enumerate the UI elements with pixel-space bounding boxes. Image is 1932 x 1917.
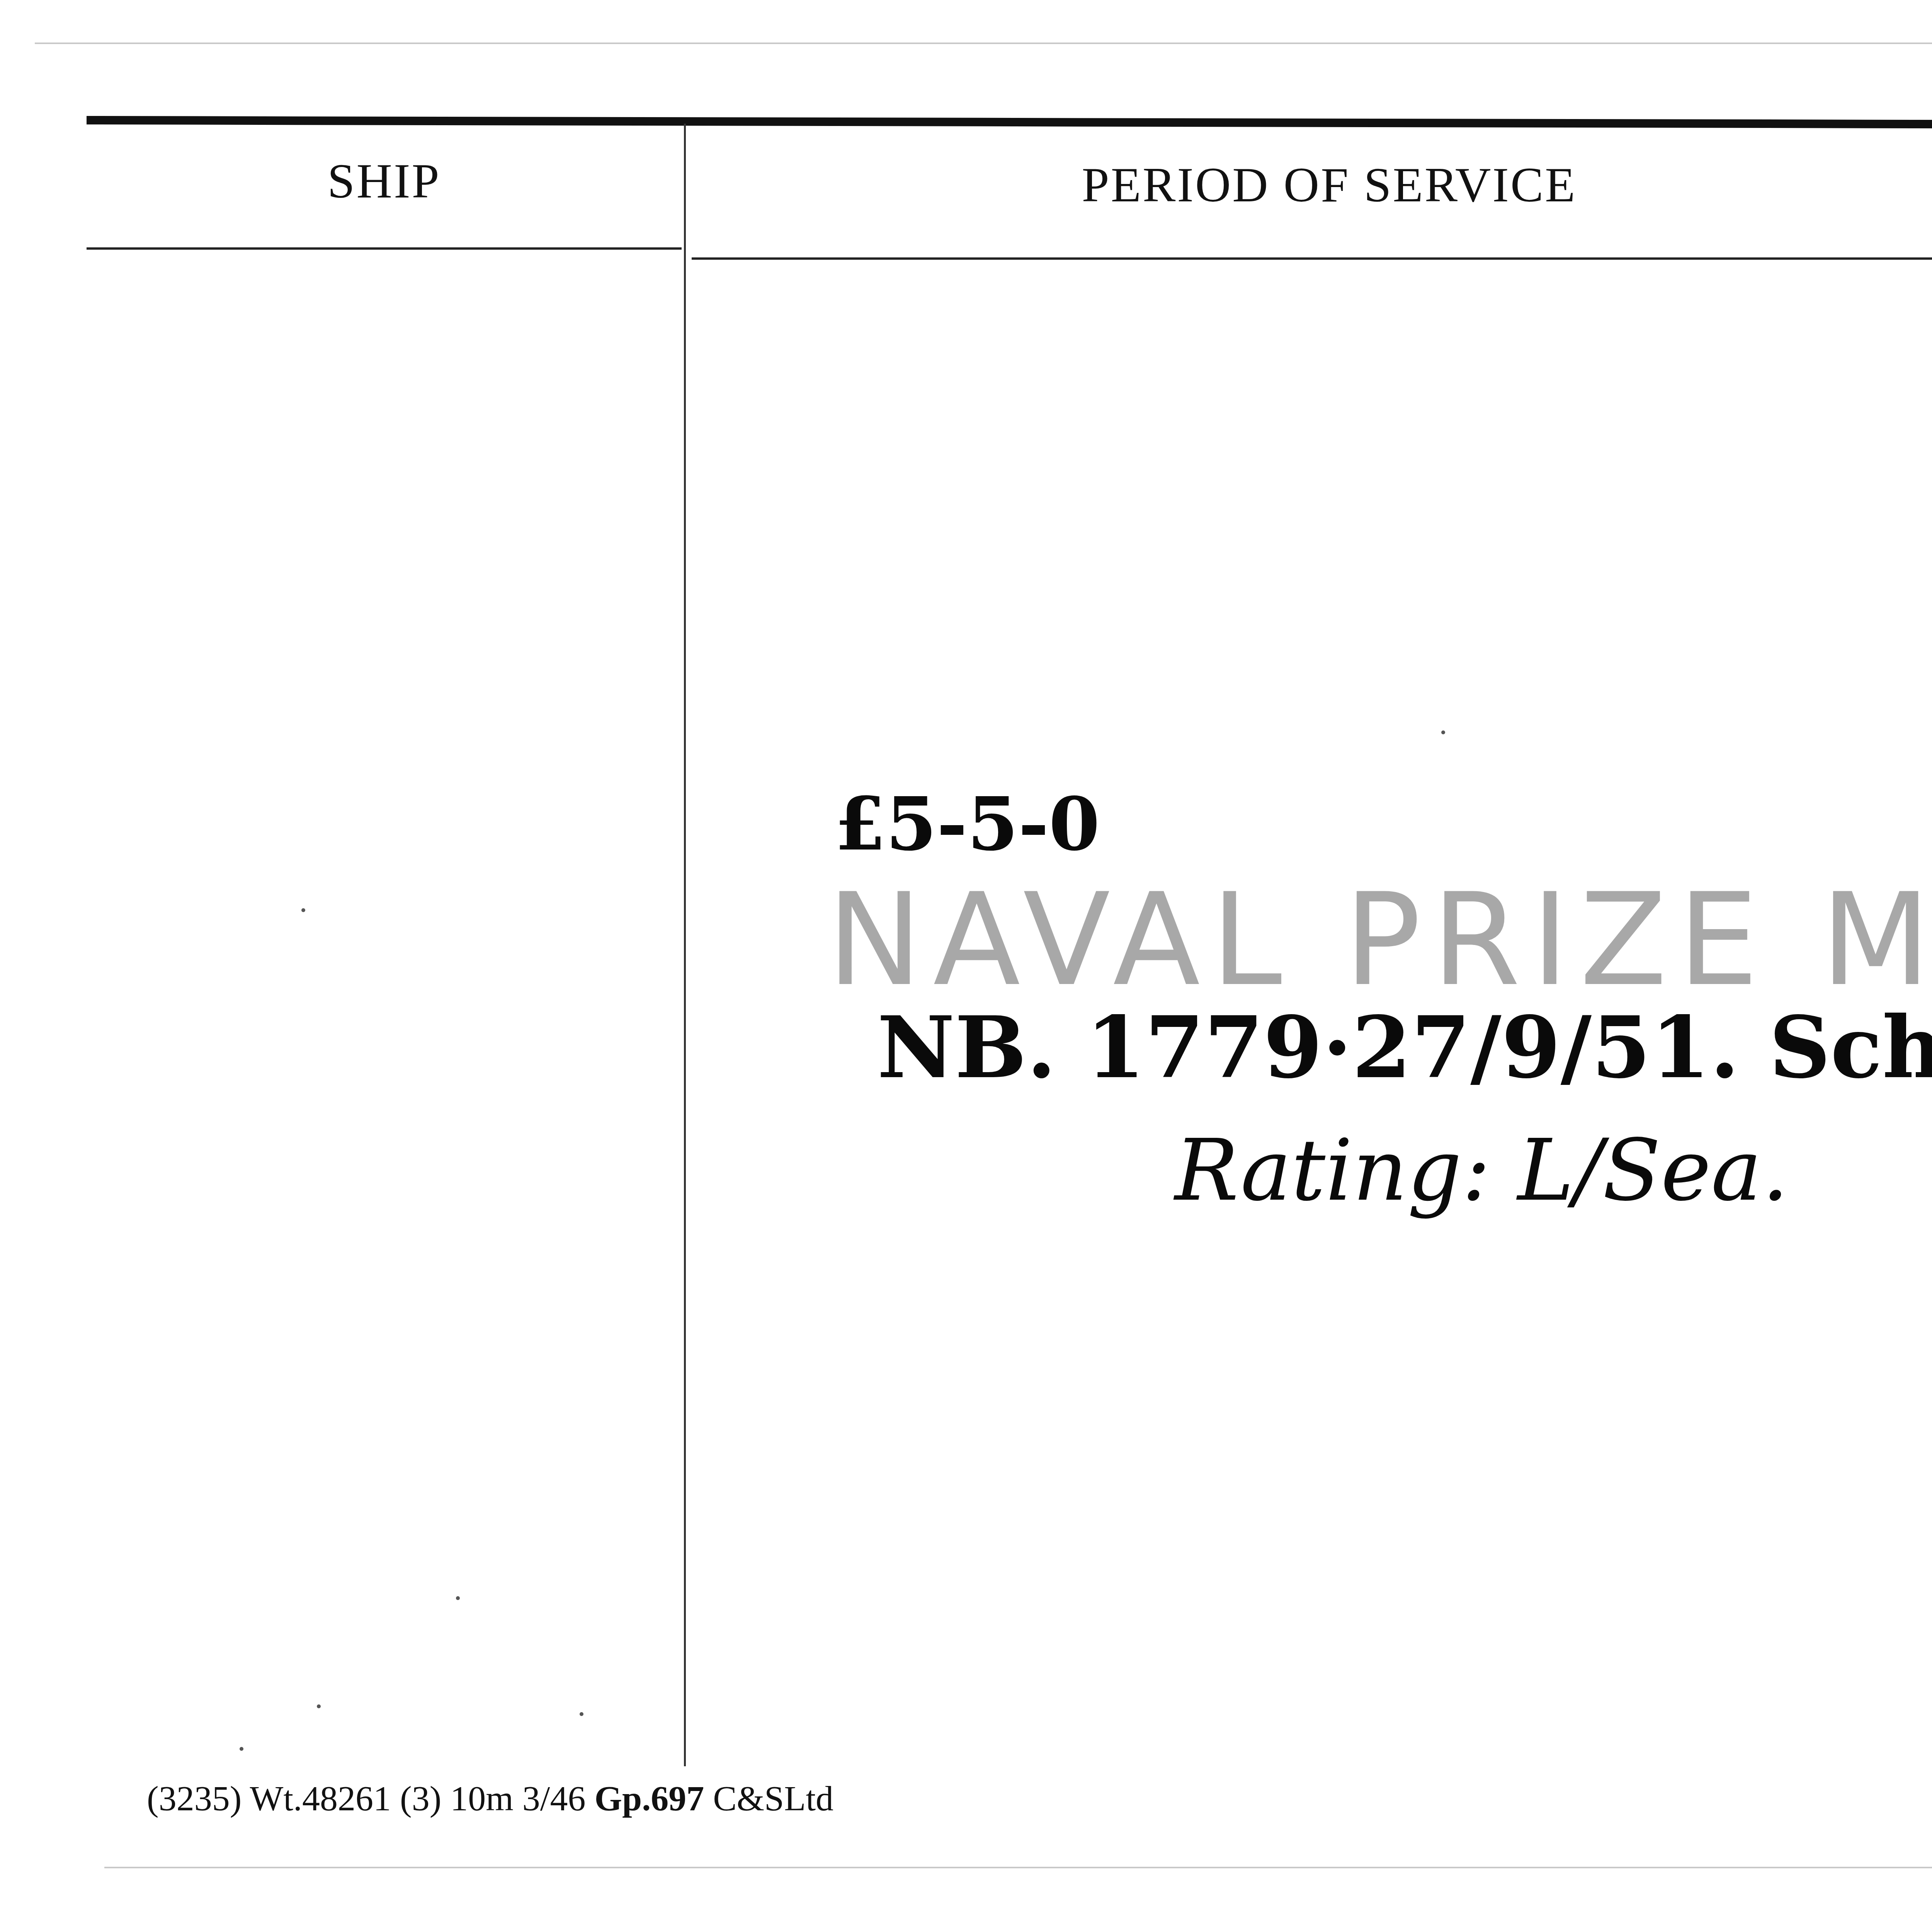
scan-edge-bottom	[104, 1867, 1932, 1868]
form-top-rule	[87, 116, 1932, 130]
imprint-group: Gp.697	[594, 1779, 704, 1818]
reference-line: NB. 1779·27/9/51. Sch. 11786.	[877, 997, 1932, 1097]
printer-imprint: (3235) Wt.48261 (3) 10m 3/46 Gp.697 C&SL…	[147, 1778, 833, 1819]
column-heading-period-of-service: PERIOD OF SERVICE	[692, 157, 1932, 213]
rating-line: Rating: L/Sea.	[1175, 1121, 1789, 1220]
scan-speck	[317, 1704, 321, 1708]
scan-speck	[456, 1596, 460, 1600]
scan-speck	[580, 1712, 583, 1716]
imprint-print-code: (3235) Wt.48261 (3) 10m 3/46	[147, 1779, 585, 1818]
scan-speck	[240, 1747, 243, 1751]
header-rule-ship	[87, 247, 682, 250]
naval-prize-money-stamp: NAVAL PRIZE MONEY	[827, 866, 1932, 1014]
imprint-printer: C&SLtd	[713, 1779, 833, 1818]
scan-speck	[1441, 730, 1445, 734]
column-divider-ship	[684, 124, 686, 1766]
header-rule-period	[692, 257, 1932, 260]
scan-edge-top	[35, 43, 1932, 44]
column-heading-ship: SHIP	[87, 153, 682, 209]
prize-amount: £5-5-0	[835, 781, 1100, 867]
scan-speck	[301, 908, 305, 912]
